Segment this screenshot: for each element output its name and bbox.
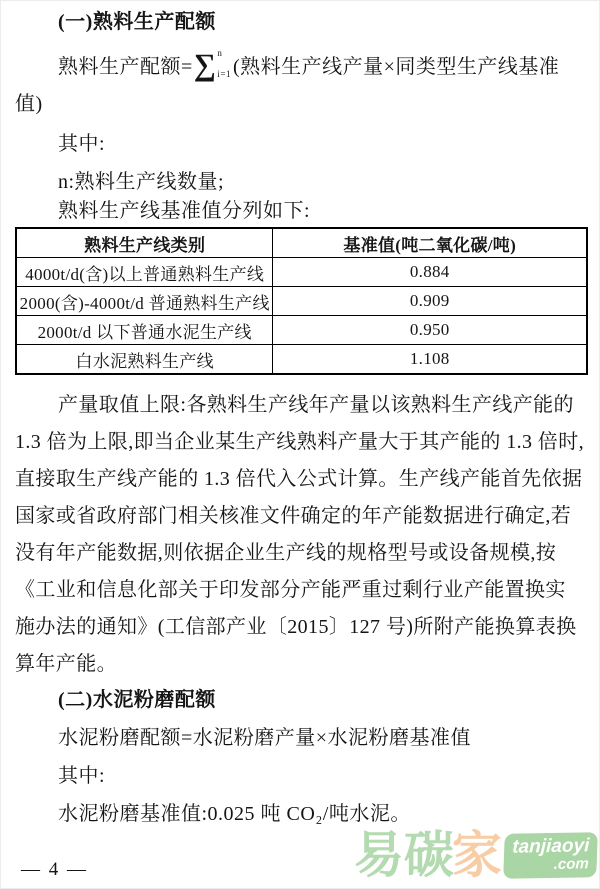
table-row: 2000(含)-4000t/d 普通熟料生产线 0.909 — [16, 287, 587, 316]
among-label-2: 其中: — [15, 761, 586, 791]
table-cell-value: 0.884 — [273, 258, 587, 287]
table-cell-category: 2000t/d 以下普通水泥生产线 — [16, 316, 273, 345]
section1-heading: (一)熟料生产配额 — [15, 7, 586, 37]
table-cell-category: 4000t/d(含)以上普通熟料生产线 — [16, 258, 273, 287]
sigma-lower-limit: i=1 — [217, 70, 231, 79]
cement-grinding-formula: 水泥粉磨配额=水泥粉磨产量×水泥粉磨基准值 — [15, 723, 586, 753]
section2-heading: (二)水泥粉磨配额 — [15, 685, 586, 715]
table-header-value: 基准值(吨二氧化碳/吨) — [273, 228, 587, 258]
table-row: 2000t/d 以下普通水泥生产线 0.950 — [16, 316, 587, 345]
table-cell-value: 0.909 — [273, 287, 587, 316]
table-intro: 熟料生产线基准值分列如下: — [15, 199, 586, 223]
table-cell-category: 白水泥熟料生产线 — [16, 345, 273, 375]
grinding-base-value: 水泥粉磨基准值:0.025 吨 CO₂/吨水泥。 — [15, 799, 586, 829]
sigma-upper-limit: n — [217, 49, 222, 58]
watermark-char-yi: 易 — [354, 827, 404, 883]
watermark-char-tan: 碳 — [404, 827, 454, 883]
paragraph-line: 没有年产能数据,则依据企业生产线的规格型号或设备规模,按 — [15, 535, 586, 572]
table-row: 4000t/d(含)以上普通熟料生产线 0.884 — [16, 258, 587, 287]
page-number: — 4 — — [21, 859, 88, 881]
table-cell-value: 0.950 — [273, 316, 587, 345]
paragraph-line: 1.3 倍为上限,即当企业某生产线熟料产量大于其产能的 1.3 倍时, — [15, 424, 586, 461]
table-header-row: 熟料生产线类别 基准值(吨二氧化碳/吨) — [16, 228, 587, 258]
table-cell-value: 1.108 — [273, 345, 587, 375]
paragraph-line: 直接取生产线产能的 1.3 倍代入公式计算。生产线产能首先依据 — [15, 461, 586, 498]
among-label-1: 其中: — [15, 129, 586, 159]
watermark-char-jia: 家 — [452, 827, 502, 883]
watermark-logo: 易 碳 家 tanjiaoyi .com — [354, 827, 597, 883]
formula-wrap-line: 值) — [15, 89, 586, 119]
baseline-value-table: 熟料生产线类别 基准值(吨二氧化碳/吨) 4000t/d(含)以上普通熟料生产线… — [15, 227, 588, 375]
sigma-symbol: ∑ — [194, 49, 217, 80]
table-header-category: 熟料生产线类别 — [16, 228, 273, 258]
output-cap-paragraph: 产量取值上限:各熟料生产线年产量以该熟料生产线产能的 1.3 倍为上限,即当企业… — [15, 387, 586, 683]
document-page: (一)熟料生产配额 熟料生产配额=∑ni=1(熟料生产线产量×同类型生产线基准 … — [0, 0, 600, 889]
paragraph-line: 国家或省政府部门相关核准文件确定的年产能数据进行确定,若 — [15, 498, 586, 535]
paragraph-line: 《工业和信息化部关于印发部分产能严重过剩行业产能置换实 — [15, 572, 586, 609]
table-row: 白水泥熟料生产线 1.108 — [16, 345, 587, 375]
formula-lhs: 熟料生产配额= — [58, 50, 193, 79]
n-definition: n:熟料生产线数量; — [15, 167, 586, 197]
watermark-domain-name: tanjiaoyi — [512, 836, 590, 857]
sigma-limits: ni=1 — [217, 49, 231, 79]
clinker-quota-formula: 熟料生产配额=∑ni=1(熟料生产线产量×同类型生产线基准 — [15, 41, 586, 87]
watermark-domain-badge: tanjiaoyi .com — [503, 832, 598, 879]
paragraph-line: 算年产能。 — [15, 646, 586, 683]
watermark-domain-tld: .com — [511, 856, 589, 872]
paragraph-line: 施办法的通知》(工信部产业〔2015〕127 号)所附产能换算表换 — [15, 609, 586, 646]
formula-rhs: (熟料生产线产量×同类型生产线基准 — [233, 50, 559, 79]
paragraph-line: 产量取值上限:各熟料生产线年产量以该熟料生产线产能的 — [15, 387, 586, 424]
table-cell-category: 2000(含)-4000t/d 普通熟料生产线 — [16, 287, 273, 316]
